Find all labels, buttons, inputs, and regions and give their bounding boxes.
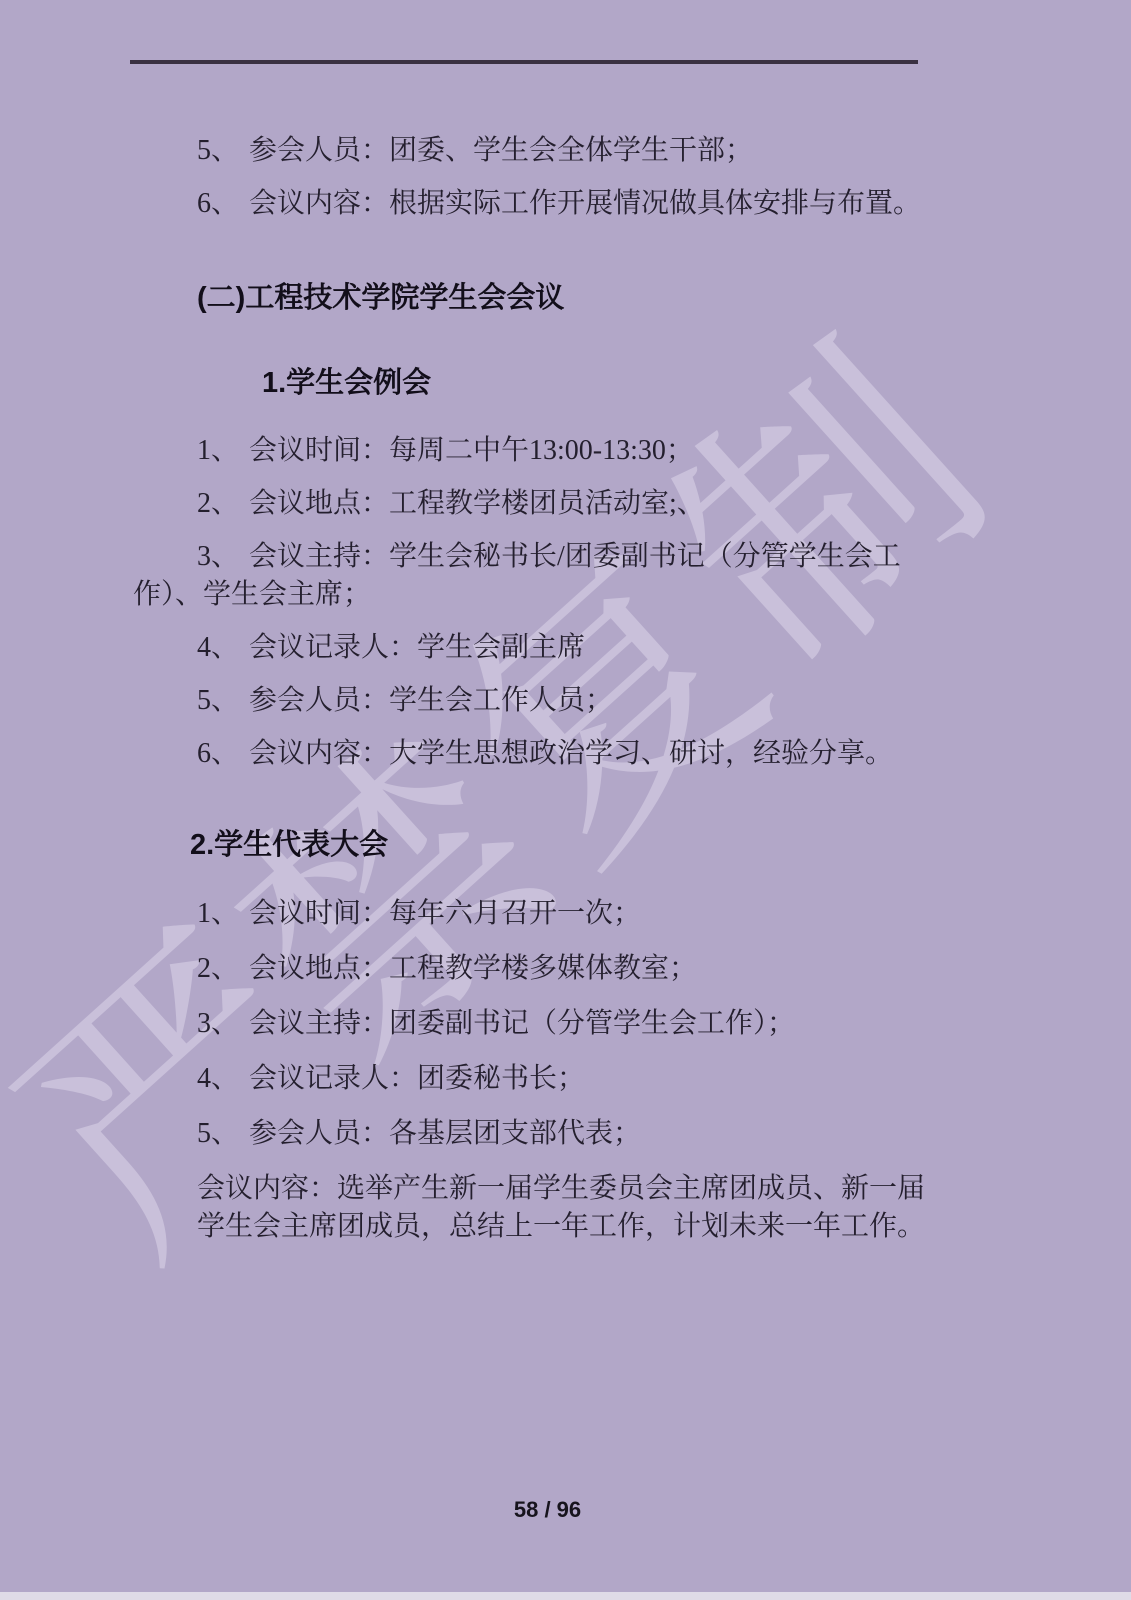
list-item: 6、会议内容：大学生思想政治学习、研讨，经验分享。: [133, 735, 1033, 773]
item-number: 6、: [197, 738, 239, 769]
list-item: 5、参会人员：学生会工作人员；: [133, 682, 1033, 720]
list-item: 1、会议时间：每周二中午13:00-13:30；: [133, 432, 1033, 470]
page-content: 5、参会人员：团委、学生会全体学生干部； 6、会议内容：根据实际工作开展情况做具…: [133, 0, 1033, 1246]
item-number: 5、: [197, 685, 239, 716]
list-item: 4、会议记录人：团委秘书长；: [133, 1060, 1033, 1098]
subsection-heading: 1.学生会例会: [262, 363, 1033, 403]
list-item: 4、会议记录人：学生会副主席: [133, 629, 1033, 667]
document-page: 严禁复制 5、参会人员：团委、学生会全体学生干部； 6、会议内容：根据实际工作开…: [0, 0, 1131, 1600]
item-text: 会议内容：根据实际工作开展情况做具体安排与布置。: [249, 188, 921, 219]
item-number: 3、: [197, 541, 239, 572]
list-item: 1、会议时间：每年六月召开一次；: [133, 895, 1033, 933]
item-number: 4、: [197, 1063, 239, 1094]
item-text: 会议时间：每年六月召开一次；: [249, 898, 641, 929]
item-text: 会议记录人：学生会副主席: [249, 632, 585, 663]
item-number: 2、: [197, 953, 239, 984]
list-item: 3、会议主持：学生会秘书长/团委副书记（分管学生会工 作）、学生会主席；: [133, 538, 1033, 614]
item-number: 1、: [197, 435, 239, 466]
list-item: 2、会议地点：工程教学楼团员活动室;、: [133, 485, 1033, 523]
item-number: 5、: [197, 135, 239, 166]
section-heading: (二)工程技术学院学生会会议: [197, 278, 1033, 318]
closing-paragraph: 会议内容：选举产生新一届学生委员会主席团成员、新一届 学生会主席团成员，总结上一…: [197, 1170, 1033, 1246]
item-number: 5、: [197, 1118, 239, 1149]
item-text: 会议地点：工程教学楼多媒体教室；: [249, 953, 697, 984]
list-item: 3、会议主持：团委副书记（分管学生会工作）；: [133, 1005, 1033, 1043]
item-number: 6、: [197, 188, 239, 219]
list-item: 2、会议地点：工程教学楼多媒体教室；: [133, 950, 1033, 988]
item-text: 会议主持：团委副书记（分管学生会工作）；: [249, 1008, 795, 1039]
item-text: 会议时间：每周二中午13:00-13:30；: [249, 435, 694, 466]
item-text: 会议地点：工程教学楼团员活动室;、: [249, 488, 705, 519]
item-text: 会议主持：学生会秘书长/团委副书记（分管学生会工: [249, 541, 901, 572]
item-number: 4、: [197, 632, 239, 663]
paragraph-line: 会议内容：选举产生新一届学生委员会主席团成员、新一届: [197, 1170, 1033, 1208]
subsection-representative-congress: 2.学生代表大会 1、会议时间：每年六月召开一次； 2、会议地点：工程教学楼多媒…: [133, 825, 1033, 1246]
list-item: 5、参会人员：团委、学生会全体学生干部；: [133, 132, 1033, 170]
item-number: 2、: [197, 488, 239, 519]
paragraph-line: 学生会主席团成员，总结上一年工作，计划未来一年工作。: [197, 1208, 1033, 1246]
list-item: 5、参会人员：各基层团支部代表；: [133, 1115, 1033, 1153]
list-item: 6、会议内容：根据实际工作开展情况做具体安排与布置。: [133, 185, 1033, 223]
item-number: 3、: [197, 1008, 239, 1039]
item-text: 会议记录人：团委秘书长；: [249, 1063, 585, 1094]
item-text-continuation: 作）、学生会主席；: [133, 576, 1033, 614]
page-bottom-edge: [0, 1592, 1131, 1600]
subsection-regular-meeting: 1.学生会例会 1、会议时间：每周二中午13:00-13:30； 2、会议地点：…: [133, 363, 1033, 773]
item-text: 参会人员：团委、学生会全体学生干部；: [249, 135, 753, 166]
page-number: 58 / 96: [0, 1497, 1095, 1523]
item-text: 会议内容：大学生思想政治学习、研讨，经验分享。: [249, 738, 893, 769]
subsection-heading: 2.学生代表大会: [190, 825, 1033, 865]
item-text: 参会人员：各基层团支部代表；: [249, 1118, 641, 1149]
item-text: 参会人员：学生会工作人员；: [249, 685, 613, 716]
item-number: 1、: [197, 898, 239, 929]
